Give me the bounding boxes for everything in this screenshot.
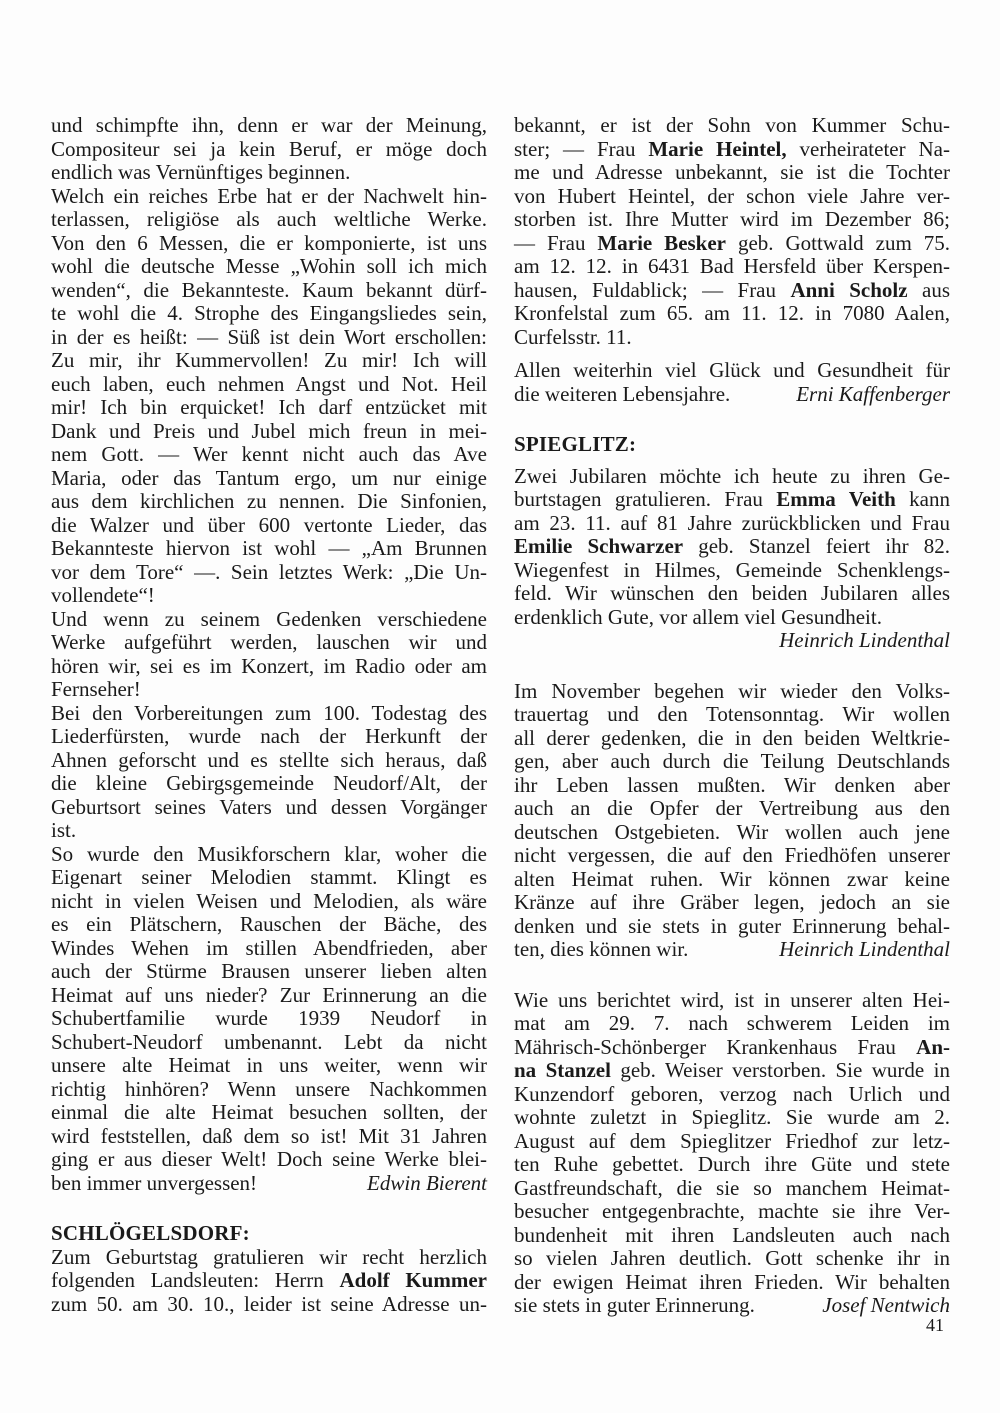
text-line: ging er aus dieser Welt! Doch seine Werk… [51,1148,487,1172]
section-heading: SPIEGLITZ: [514,433,950,457]
text-line: So wurde den Musikforschern klar, woher … [51,843,487,867]
text-line-with-signature: ten, dies können wir. Heinrich Lindentha… [514,938,950,962]
text-line: Schubertfamilie wurde 1939 Neudorf in [51,1007,487,1031]
text-line: wohnte zuletzt in Spieglitz. Sie wurde a… [514,1106,950,1130]
text-line: Maria, oder das Tantum ergo, um nur eini… [51,467,487,491]
text-line: Zwei Jubilaren möchte ich heute zu ihren… [514,465,950,489]
paragraph-wishes: Allen weiterhin viel Glück und Gesundhei… [514,359,950,406]
text-line: Geburtsort seines Vaters und dessen Vorg… [51,796,487,820]
left-column: und schimpfte ihn, denn er war der Meinu… [51,114,487,1316]
text-line: gen, aber auch durch die Teilung Deutsch… [514,750,950,774]
paragraph-schubert-intro: und schimpfte ihn, denn er war der Meinu… [51,114,487,185]
person-name: Adolf Kummer [339,1268,487,1292]
text-line: endlich was Vernünftiges beginnen. [51,161,487,185]
section-heading: SCHLÖGELSDORF: [51,1222,487,1246]
text-line: aus dem kirchlichen zu nennen. Die Sinfo… [51,490,487,514]
text-line: alten Heimat ruhen. Wir können zwar kein… [514,868,950,892]
text-fragment: geb. Stanzel feiert ihr 82. [683,534,950,558]
text-line: zum 50. am 30. 10., leider ist seine Adr… [51,1293,487,1317]
spacer [514,653,950,680]
text-line: Zu mir, ihr Kummervollen! Zu mir! Ich wi… [51,349,487,373]
paragraph-birthdays-continued: bekannt, er ist der Sohn von Kummer Schu… [514,114,950,349]
text-line: die kleine Gebirgsgemeinde Neudorf/Alt, … [51,772,487,796]
paragraph-schubert-works: Welch ein reiches Erbe hat er der Nachwe… [51,185,487,608]
text-line: Schubert-Neudorf umbenannt. Lebt da nich… [51,1031,487,1055]
person-name: Marie Heintel, [648,137,786,161]
text-line: erdenklich Gute, vor allem viel Gesundhe… [514,606,950,630]
text-line: Wie uns berichtet wird, ist in unserer a… [514,989,950,1013]
text-line: ten, dies können wir. [514,938,688,962]
author-signature: Josef Nentwich [822,1294,950,1318]
text-line: folgenden Landsleuten: Herrn Adolf Kumme… [51,1269,487,1293]
text-line: trauertag und den Totensonntag. Wir woll… [514,703,950,727]
text-line: ten Ruhe gebettet. Durch ihre Güte und s… [514,1153,950,1177]
text-line: Curfelsstr. 11. [514,326,950,350]
text-line: mir! Ich bin erquicket! Ich darf entzück… [51,396,487,420]
text-line: hören wir, sei es im Konzert, im Radio o… [51,655,487,679]
text-line: wird feststellen, daß dem so ist! Mit 31… [51,1125,487,1149]
text-fragment: kann [896,487,950,511]
text-line: in der es heißt: — Süß ist dein Wort ers… [51,326,487,350]
text-line: vollendete“! [51,584,487,608]
text-fragment: Mährisch-Schönberger Krankenhaus Frau [514,1035,916,1059]
text-line: euch laben, euch nehmen Angst und Not. H… [51,373,487,397]
text-line: wenden“, die Bekannteste. Kaum bekannt d… [51,279,487,303]
text-fragment: geb. Weiser verstorben. Sie wurde in [611,1058,950,1082]
text-line: auch der Stürme Brausen unserer lieben a… [51,960,487,984]
section-spieglitz: SPIEGLITZ: Zwei Jubilaren möchte ich heu… [514,433,950,653]
author-signature: Heinrich Lindenthal [514,629,950,653]
text-line-with-signature: ben immer unvergessen! Edwin Bierent [51,1172,487,1196]
text-line: nicht in vielen Weisen und Melodien, als… [51,890,487,914]
text-line: so vielen Jahren deutlich. Gott schenke … [514,1247,950,1271]
text-line: Emilie Schwarzer geb. Stanzel feiert ihr… [514,535,950,559]
text-line: nicht vergessen, die auf den Friedhöfen … [514,844,950,868]
text-line: bekannt, er ist der Sohn von Kummer Schu… [514,114,950,138]
text-fragment: — Frau [514,231,597,255]
page-number: 41 [926,1315,944,1336]
text-line: Zum Geburtstag gratulieren wir recht her… [51,1246,487,1270]
text-line: terlassen, religiöse als auch weltliche … [51,208,487,232]
text-fragment: burtstagen gratulieren. Frau [514,487,776,511]
text-line: Bei den Vorbereitungen zum 100. Todestag… [51,702,487,726]
text-line: der ewigen Heimat ihren Frieden. Wir beh… [514,1271,950,1295]
text-fragment: folgenden Landsleuten: Herrn [51,1268,339,1292]
text-line: Heimat auf uns nieder? Zur Erinnerung an… [51,984,487,1008]
text-line: Compositeur sei ja kein Beruf, er möge d… [51,138,487,162]
text-line: vor dem Tore“ —. Sein letztes Werk: „Die… [51,561,487,585]
text-fragment: ster; — Frau [514,137,648,161]
person-name: Marie Besker [597,231,726,255]
text-line: hausen, Fuldablick; — Frau Anni Scholz a… [514,279,950,303]
person-name: na Stanzel [514,1058,611,1082]
text-line: na Stanzel geb. Weiser verstorben. Sie w… [514,1059,950,1083]
text-line: deutschen Ostgebieten. Wir wollen auch j… [514,821,950,845]
text-line: all derer gedenken, die in den beiden We… [514,727,950,751]
text-fragment: hausen, Fuldablick; — Frau [514,278,790,302]
text-line: feld. Wir wünschen den beiden Jubilaren … [514,582,950,606]
text-fragment: verheirateter Na- [787,137,950,161]
spacer [514,406,950,433]
text-fragment: geb. Gottwald zum 75. [726,231,950,255]
text-line: Gastfreundschaft, die sie so manchem Hei… [514,1177,950,1201]
text-line: Eigenart seiner Melodien stammt. Klingt … [51,866,487,890]
right-column: bekannt, er ist der Sohn von Kummer Schu… [514,114,950,1318]
text-line: am 23. 11. auf 81 Jahre zurückblicken un… [514,512,950,536]
text-line: ist. [51,819,487,843]
author-signature: Erni Kaffenberger [796,383,950,407]
paragraph-performances: Und wenn zu seinem Gedenken verschiedene… [51,608,487,702]
text-line: Werke aufgeführt werden, lauschen wir un… [51,631,487,655]
text-line: Kränze auf ihre Gräber legen, jedoch an … [514,891,950,915]
text-line: August auf dem Spieglitzer Friedhof zur … [514,1130,950,1154]
text-line: — Frau Marie Besker geb. Gottwald zum 75… [514,232,950,256]
paragraph-remembrance: Im November begehen wir wieder den Volks… [514,680,950,962]
text-line: Im November begehen wir wieder den Volks… [514,680,950,704]
text-line: und schimpfte ihn, denn er war der Meinu… [51,114,487,138]
text-line: unsere alte Heimat in uns weiter, wenn w… [51,1054,487,1078]
paragraph-melodies: So wurde den Musikforschern klar, woher … [51,843,487,1196]
text-line: Dank und Preis und Jubel mich freun in m… [51,420,487,444]
text-line: sie stets in guter Erinnerung. [514,1294,755,1318]
spacer [51,1195,487,1222]
text-line: die Walzer und über 600 vertonte Lieder,… [51,514,487,538]
text-line-with-signature: die weiteren Lebensjahre. Erni Kaffenber… [514,383,950,407]
text-line: Bekannteste hiervon ist wohl — „Am Brunn… [51,537,487,561]
text-line: mat am 29. 7. nach schwerem Leiden im [514,1012,950,1036]
text-line-with-signature: sie stets in guter Erinnerung. Josef Nen… [514,1294,950,1318]
text-line: Welch ein reiches Erbe hat er der Nachwe… [51,185,487,209]
text-fragment: aus [908,278,950,302]
text-line: es ein Plätschern, Rauschen der Bäche, d… [51,913,487,937]
spacer [514,962,950,989]
person-name: Anni Scholz [790,278,907,302]
text-line: Liederfürsten, wurde nach der Herkunft d… [51,725,487,749]
text-line: Wiegenfest in Hilmes, Gemeinde Schenklen… [514,559,950,583]
text-line: einmal die alte Heimat besuchen sollten,… [51,1101,487,1125]
text-line: bundenheit mit ihren Landsleuten auch na… [514,1224,950,1248]
author-signature: Edwin Bierent [367,1172,487,1196]
text-line: Von den 6 Messen, die er komponierte, is… [51,232,487,256]
section-schloegelsdorf: SCHLÖGELSDORF: Zum Geburtstag gratuliere… [51,1222,487,1316]
text-line: auch an die Opfer der Vertreibung aus de… [514,797,950,821]
document-page: und schimpfte ihn, denn er war der Meinu… [0,0,1000,1413]
text-line: te wohl die 4. Strophe des Eingangsliede… [51,302,487,326]
person-name: Emma Veith [776,487,896,511]
text-line: ihr Leben lassen mußten. Wir denken aber [514,774,950,798]
text-line: Ahnen geforscht und es stellte sich hera… [51,749,487,773]
text-line: Kunzendorf geboren, verzog nach Urlich u… [514,1083,950,1107]
text-line: wohl die deutsche Messe „Wohin soll ich … [51,255,487,279]
person-name: Emilie Schwarzer [514,534,683,558]
text-line: Windes Wehen im stillen Abendfrieden, ab… [51,937,487,961]
text-line: Und wenn zu seinem Gedenken verschiedene [51,608,487,632]
text-line: storben ist. Ihre Mutter wird im Dezembe… [514,208,950,232]
text-line: richtig hinhören? Wenn unsere Nachkommen [51,1078,487,1102]
text-line: Fernseher! [51,678,487,702]
text-line: Allen weiterhin viel Glück und Gesundhei… [514,359,950,383]
text-line: denken und sie stets in guter Erinnerung… [514,915,950,939]
person-name: An- [916,1035,950,1059]
paragraph-obituary: Wie uns berichtet wird, ist in unserer a… [514,989,950,1318]
text-line: Kronfelstal zum 65. am 11. 12. in 7080 A… [514,302,950,326]
text-line: ster; — Frau Marie Heintel, verheiratete… [514,138,950,162]
text-line: die weiteren Lebensjahre. [514,383,730,407]
text-line: besucher entgegenbrachte, machte sie ihr… [514,1200,950,1224]
text-line: Mährisch-Schönberger Krankenhaus Frau An… [514,1036,950,1060]
text-line: me und Adresse unbekannt, sie ist die To… [514,161,950,185]
paragraph-ancestry: Bei den Vorbereitungen zum 100. Todestag… [51,702,487,843]
text-line: ben immer unvergessen! [51,1172,257,1196]
text-line: am 12. 12. in 6431 Bad Hersfeld über Ker… [514,255,950,279]
text-line: nem Gott. — Wer kennt nicht auch das Ave [51,443,487,467]
author-signature: Heinrich Lindenthal [779,938,950,962]
text-line: burtstagen gratulieren. Frau Emma Veith … [514,488,950,512]
text-line: von Hubert Heintel, der schon viele Jahr… [514,185,950,209]
